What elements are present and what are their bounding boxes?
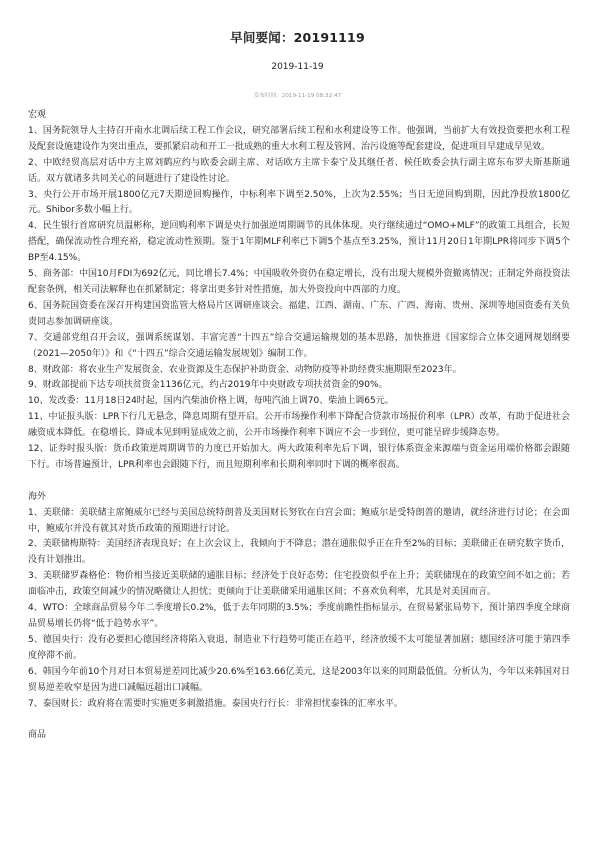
macro-item-11: 11、中证报头版：LPR下行几无悬念，降息周期有望开启。公开市场操作利率下降配合… [28,410,570,442]
overseas-item-6: 6、韩国今年前10个月对日本贸易逆差同比减少20.6%至163.66亿美元，这是… [28,665,570,697]
overseas-item-3: 3、美联储罗森格伦：物价相当接近美联储的通胀目标；经济处于良好态势；住宅投资似乎… [28,569,570,601]
macro-item-9: 9、财政部提前下达专项扶贫资金1136亿元，约占2019年中央财政专项扶贫资金的… [28,378,570,394]
overseas-item-7: 7、泰国财长：政府将在需要时实施更多刺激措施。泰国央行行长：非常担忧泰铢的汇率水… [28,697,570,713]
macro-item-2: 2、中欧经贸高层对话中方主席刘鹤应约与欧委会副主席、对话欧方主席卡泰宁及其继任者… [28,156,570,188]
macro-item-4: 4、民生银行首席研究员温彬称，逆回购利率下调是央行加强逆周期调节的具体体现。央行… [28,219,570,267]
overseas-item-1: 1、美联储：美联储主席鲍威尔已经与美国总统特朗普及美国财长努钦在白宫会面；鲍威尔… [28,506,570,538]
section-spacer [28,712,570,728]
section-heading-commodities: 商品 [28,728,570,744]
document-title: 早间要闻：20191119 [0,28,595,46]
overseas-item-4: 4、WTO：全球商品贸易今年二季度增长0.2%，低于去年同期的3.5%；季度前瞻… [28,601,570,633]
section-commodities: 商品 [28,728,570,744]
document-body: 宏观 1、国务院领导人主持召开南水北调后续工程工作会议，研究部署后续工程和水利建… [28,108,570,744]
document-date: 2019-11-19 [0,62,595,72]
macro-item-6: 6、国务院国资委在深召开构建国资监管大格局片区调研座谈会。福建、江西、湖南、广东… [28,299,570,331]
macro-item-7: 7、交通部党组召开会议，强调系统谋划、丰富完善“十四五”综合交通运输规划的基本思… [28,331,570,363]
macro-item-1: 1、国务院领导人主持召开南水北调后续工程工作会议，研究部署后续工程和水利建设等工… [28,124,570,156]
section-heading-overseas: 海外 [28,490,570,506]
publish-time: 发布时间：2019-11-19 08:32:47 [0,91,595,99]
macro-item-10: 10、发改委：11月18日24时起，国内汽柴油价格上调，每吨汽油上调70、柴油上… [28,394,570,410]
overseas-item-5: 5、德国央行：没有必要担心德国经济将陷入衰退，制造业下行趋势可能正在趋平，经济放… [28,633,570,665]
macro-item-3: 3、央行公开市场开展1800亿元7天期逆回购操作，中标利率下调至2.50%，上次… [28,188,570,220]
section-macro: 宏观 1、国务院领导人主持召开南水北调后续工程工作会议，研究部署后续工程和水利建… [28,108,570,474]
section-overseas: 海外 1、美联储：美联储主席鲍威尔已经与美国总统特朗普及美国财长努钦在白宫会面；… [28,490,570,713]
section-heading-macro: 宏观 [28,108,570,124]
macro-item-8: 8、财政部：将农业生产发展资金、农业资源及生态保护补助资金、动物防疫等补助经费实… [28,363,570,379]
macro-item-12: 12、证券时报头版：货币政策逆周期调节的力度已开始加大。两大政策利率先后下调，银… [28,442,570,474]
overseas-item-2: 2、美联储梅斯特：美国经济表现良好；在上次会议上，我倾向于不降息；潜在通胀似乎正… [28,537,570,569]
macro-item-5: 5、商务部：中国10月FDI为692亿元，同比增长7.4%；中国吸收外资仍在稳定… [28,267,570,299]
section-spacer [28,474,570,490]
